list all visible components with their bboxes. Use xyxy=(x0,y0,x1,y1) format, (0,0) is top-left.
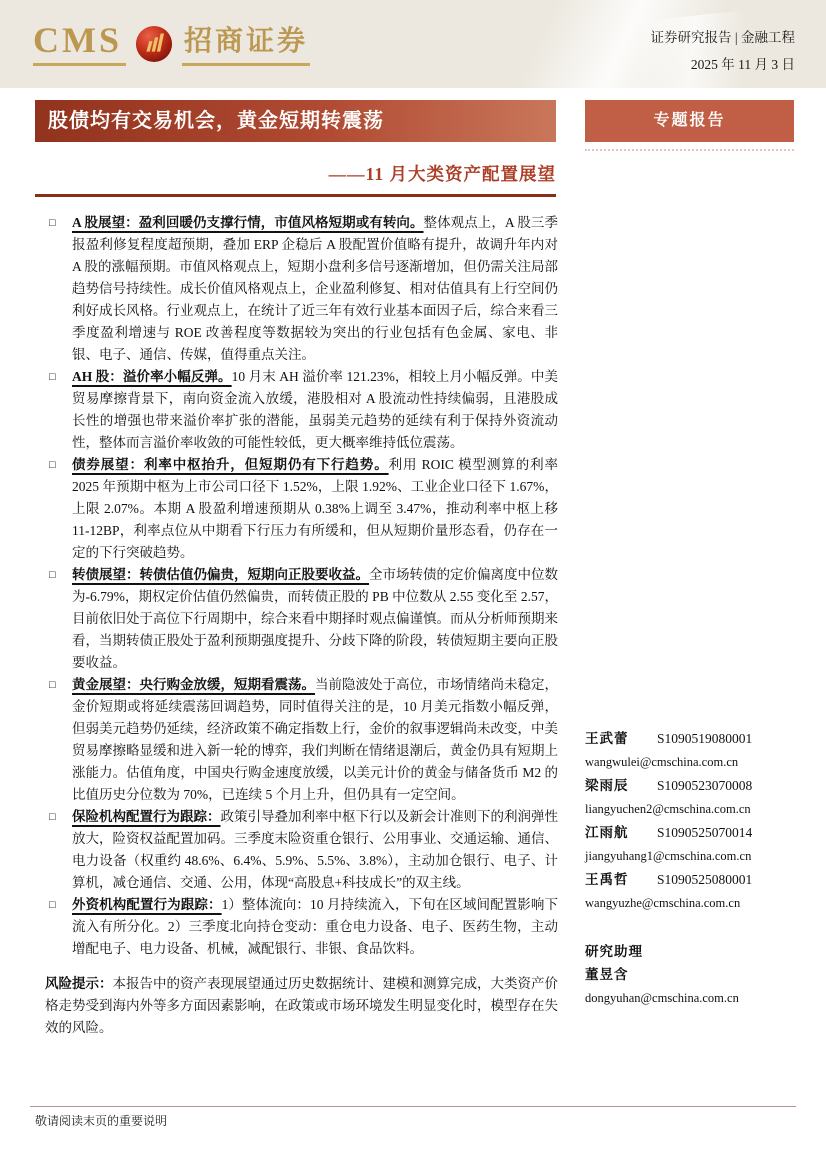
bullet-body-text: 当前隐波处于高位，市场情绪尚未稳定，金价短期或将延续震荡回调趋势，同时值得关注的… xyxy=(72,677,558,802)
summary-bullet-item: □ 转债展望：转债估值仍偏贵，短期向正股要收益。全市场转债的定价偏离度中位数为-… xyxy=(45,564,558,674)
bullet-lead-text: A 股展望：盈利回暖仍支撑行情，市值风格短期或有转向。 xyxy=(72,215,424,230)
footer-disclaimer: 敬请阅读末页的重要说明 xyxy=(35,1112,167,1129)
bullet-square-icon: □ xyxy=(49,454,56,476)
risk-warning-text: 本报告中的资产表现展望通过历史数据统计、建模和测算完成，大类资产价格走势受到海内… xyxy=(45,976,558,1035)
bullet-square-icon: □ xyxy=(49,212,56,234)
analyst-block: 江雨航 S1090525070014 jiangyuhang1@cmschina… xyxy=(585,821,803,868)
report-meta: 证券研究报告 | 金融工程 2025 年 11 月 3 日 xyxy=(651,24,795,78)
analyst-name: 王禹哲 xyxy=(585,868,657,891)
summary-bullet-item: □ AH 股：溢价率小幅反弹。10 月末 AH 溢价率 121.23%，相较上月… xyxy=(45,366,558,454)
cms-logo-icon xyxy=(135,25,173,68)
header-band: CMS xyxy=(0,0,826,88)
bullet-square-icon: □ xyxy=(49,674,56,696)
report-category: 证券研究报告 | 金融工程 xyxy=(651,24,795,51)
analyst-license-code: S1090525070014 xyxy=(657,821,752,844)
report-subtitle: ——11 月大类资产配置展望 xyxy=(35,161,556,186)
bullet-body-text: 整体观点上，A 股三季报盈利修复程度超预期，叠加 ERP 企稳后 A 股配置价值… xyxy=(72,215,558,362)
bullet-square-icon: □ xyxy=(49,366,56,388)
report-date: 2025 年 11 月 3 日 xyxy=(651,51,795,78)
research-assistant-label: 研究助理 xyxy=(585,940,803,963)
cms-logo-text: CMS xyxy=(33,22,126,66)
bullet-square-icon: □ xyxy=(49,806,56,828)
summary-bullet-item: □ A 股展望：盈利回暖仍支撑行情，市值风格短期或有转向。整体观点上，A 股三季… xyxy=(45,212,558,366)
report-title: 股债均有交易机会，黄金短期转震荡 xyxy=(35,100,556,142)
risk-warning: 风险提示：本报告中的资产表现展望通过历史数据统计、建模和测算完成，大类资产价格走… xyxy=(45,973,558,1039)
footer-divider xyxy=(30,1106,796,1107)
analyst-email: wangyuzhe@cmschina.com.cn xyxy=(585,891,803,915)
summary-content: □ A 股展望：盈利回暖仍支撑行情，市值风格短期或有转向。整体观点上，A 股三季… xyxy=(45,212,558,1039)
analyst-list: 王武蕾 S1090519080001 wangwulei@cmschina.co… xyxy=(585,727,803,915)
analyst-email: jiangyuhang1@cmschina.com.cn xyxy=(585,844,803,868)
analyst-email: liangyuchen2@cmschina.com.cn xyxy=(585,797,803,821)
company-logo: CMS xyxy=(33,22,310,66)
analyst-name-code-row: 王武蕾 S1090519080001 xyxy=(585,727,803,750)
report-type-badge: 专题报告 xyxy=(585,100,794,142)
bullet-lead-text: 转债展望：转债估值仍偏贵，短期向正股要收益。 xyxy=(72,567,369,582)
analyst-name-code-row: 王禹哲 S1090525080001 xyxy=(585,868,803,891)
analyst-name-code-row: 江雨航 S1090525070014 xyxy=(585,821,803,844)
research-assistant-name: 董昱含 xyxy=(585,963,803,986)
analyst-license-code: S1090523070008 xyxy=(657,774,752,797)
report-page: CMS xyxy=(0,0,826,1169)
badge-dotted-divider xyxy=(585,149,794,151)
bullet-square-icon: □ xyxy=(49,564,56,586)
analyst-sidebar: 王武蕾 S1090519080001 wangwulei@cmschina.co… xyxy=(585,727,803,1010)
analyst-license-code: S1090519080001 xyxy=(657,727,752,750)
analyst-block: 王武蕾 S1090519080001 wangwulei@cmschina.co… xyxy=(585,727,803,774)
analyst-name-code-row: 梁雨辰 S1090523070008 xyxy=(585,774,803,797)
bullet-body-text: 全市场转债的定价偏离度中位数为-6.79%，期权定价估值仍然偏贵，而转债正股的 … xyxy=(72,567,558,670)
summary-bullet-item: □ 黄金展望：央行购金放缓，短期看震荡。当前隐波处于高位，市场情绪尚未稳定，金价… xyxy=(45,674,558,806)
title-divider xyxy=(35,194,556,197)
bullet-square-icon: □ xyxy=(49,894,56,916)
summary-bullet-item: □ 债券展望：利率中枢抬升，但短期仍有下行趋势。利用 ROIC 模型测算的利率 … xyxy=(45,454,558,564)
analyst-email: wangwulei@cmschina.com.cn xyxy=(585,750,803,774)
analyst-block: 王禹哲 S1090525080001 wangyuzhe@cmschina.co… xyxy=(585,868,803,915)
bullet-list: □ A 股展望：盈利回暖仍支撑行情，市值风格短期或有转向。整体观点上，A 股三季… xyxy=(45,212,558,960)
analyst-block: 梁雨辰 S1090523070008 liangyuchen2@cmschina… xyxy=(585,774,803,821)
analyst-name: 梁雨辰 xyxy=(585,774,657,797)
analyst-name: 江雨航 xyxy=(585,821,657,844)
risk-warning-label: 风险提示： xyxy=(45,976,113,991)
bullet-lead-text: 债券展望：利率中枢抬升，但短期仍有下行趋势。 xyxy=(72,457,389,472)
bullet-lead-text: AH 股：溢价率小幅反弹。 xyxy=(72,369,232,384)
company-name-cn: 招商证券 xyxy=(182,28,310,66)
bullet-lead-text: 外资机构配置行为跟踪： xyxy=(72,897,222,912)
summary-bullet-item: □ 保险机构配置行为跟踪：政策引导叠加利率中枢下行以及新会计准则下的利润弹性放大… xyxy=(45,806,558,894)
analyst-name: 王武蕾 xyxy=(585,727,657,750)
bullet-body-text: 利用 ROIC 模型测算的利率 2025 年预期中枢为上市公司口径下 1.52%… xyxy=(72,457,558,560)
bullet-lead-text: 保险机构配置行为跟踪： xyxy=(72,809,221,824)
summary-bullet-item: □ 外资机构配置行为跟踪：1）整体流向：10 月持续流入，下旬在区域间配置影响下… xyxy=(45,894,558,960)
analyst-license-code: S1090525080001 xyxy=(657,868,752,891)
research-assistant-email: dongyuhan@cmschina.com.cn xyxy=(585,986,803,1010)
bullet-lead-text: 黄金展望：央行购金放缓，短期看震荡。 xyxy=(72,677,315,692)
